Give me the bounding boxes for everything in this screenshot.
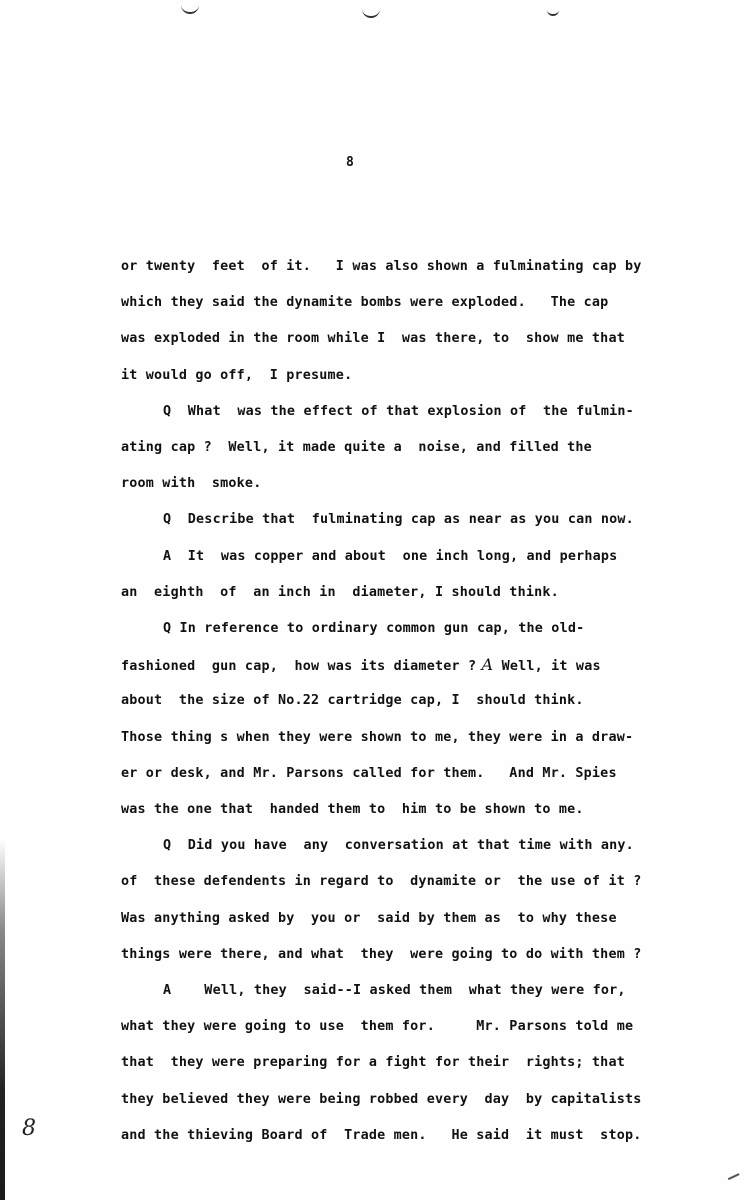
transcript-line: and the thieving Board of Trade men. He … <box>121 1127 642 1145</box>
line-text: and the thieving Board of Trade men. He … <box>121 1128 642 1143</box>
line-text: Q Describe that fulminating cap as near … <box>163 512 634 527</box>
transcript-line: Q In reference to ordinary common gun ca… <box>163 620 584 638</box>
line-text: A It was copper and about one inch long,… <box>163 549 617 564</box>
transcript-line: what they were going to use them for. Mr… <box>121 1018 633 1036</box>
line-text: that they were preparing for a fight for… <box>121 1055 625 1070</box>
transcript-line: things were there, and what they were go… <box>121 946 642 964</box>
transcript-line: they believed they were being robbed eve… <box>121 1091 642 1109</box>
transcript-line: Those thing s when they were shown to me… <box>121 729 633 747</box>
line-text: it would go off, I presume. <box>121 368 352 383</box>
punch-hole-mark <box>547 2 559 16</box>
transcript-line: fashioned gun cap, how was its diameter … <box>121 656 601 676</box>
transcript-line: room with smoke. <box>121 475 261 493</box>
line-text: Q Did you have any conversation at that … <box>163 838 634 853</box>
line-text: an eighth of an inch in diameter, I shou… <box>121 585 559 600</box>
line-text: or twenty feet of it. I was also shown a… <box>121 259 642 274</box>
handwritten-answer-mark: A <box>476 655 493 674</box>
punch-hole-mark <box>181 0 199 14</box>
line-text-continued: Well, it was <box>493 659 600 674</box>
line-text: Q In reference to ordinary common gun ca… <box>163 621 584 636</box>
line-text: fashioned gun cap, how was its diameter … <box>121 659 476 674</box>
line-text: about the size of No.22 cartridge cap, I… <box>121 693 584 708</box>
transcript-line: er or desk, and Mr. Parsons called for t… <box>121 765 617 783</box>
line-text: Q What was the effect of that explosion … <box>163 404 634 419</box>
transcript-line: Q Describe that fulminating cap as near … <box>163 511 634 529</box>
binding-edge-shadow <box>0 840 5 1200</box>
line-text: things were there, and what they were go… <box>121 947 642 962</box>
transcript-line: A It was copper and about one inch long,… <box>163 548 617 566</box>
line-text: which they said the dynamite bombs were … <box>121 295 608 310</box>
transcript-line: about the size of No.22 cartridge cap, I… <box>121 692 584 710</box>
transcript-line: was the one that handed them to him to b… <box>121 801 584 819</box>
transcript-line: or twenty feet of it. I was also shown a… <box>121 258 642 276</box>
transcript-line: Q What was the effect of that explosion … <box>163 403 634 421</box>
line-text: er or desk, and Mr. Parsons called for t… <box>121 766 617 781</box>
transcript-line: that they were preparing for a fight for… <box>121 1054 625 1072</box>
line-text: ating cap ? Well, it made quite a noise,… <box>121 440 592 455</box>
handwritten-margin-page-number: 8 <box>22 1116 36 1141</box>
line-text: was the one that handed them to him to b… <box>121 802 584 817</box>
transcript-line: Q Did you have any conversation at that … <box>163 837 634 855</box>
line-text: they believed they were being robbed eve… <box>121 1092 642 1107</box>
transcript-line: was exploded in the room while I was the… <box>121 330 625 348</box>
line-text: A Well, they said--I asked them what the… <box>163 983 626 998</box>
corner-mark <box>724 1166 739 1180</box>
line-text: Those thing s when they were shown to me… <box>121 730 633 745</box>
line-text: room with smoke. <box>121 476 261 491</box>
line-text: of these defendents in regard to dynamit… <box>121 874 642 889</box>
document-page: 8 or twenty feet of it. I was also shown… <box>0 0 745 1200</box>
punch-hole-mark <box>362 4 380 18</box>
line-text: was exploded in the room while I was the… <box>121 331 625 346</box>
page-number: 8 <box>346 155 354 170</box>
transcript-line: ating cap ? Well, it made quite a noise,… <box>121 439 592 457</box>
line-text: Was anything asked by you or said by the… <box>121 911 617 926</box>
transcript-line: it would go off, I presume. <box>121 367 352 385</box>
transcript-line: Was anything asked by you or said by the… <box>121 910 617 928</box>
transcript-line: of these defendents in regard to dynamit… <box>121 873 642 891</box>
transcript-line: which they said the dynamite bombs were … <box>121 294 608 312</box>
transcript-line: A Well, they said--I asked them what the… <box>163 982 626 1000</box>
transcript-line: an eighth of an inch in diameter, I shou… <box>121 584 559 602</box>
line-text: what they were going to use them for. Mr… <box>121 1019 633 1034</box>
